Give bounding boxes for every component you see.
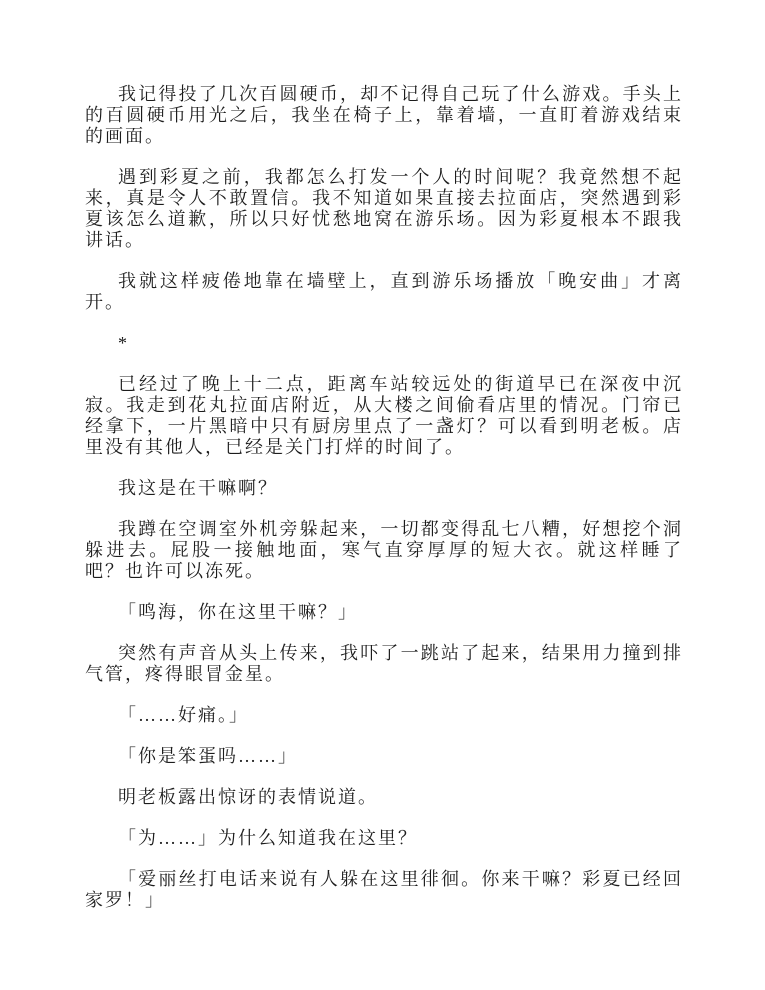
paragraph: 「……好痛。」 (85, 705, 683, 726)
paragraph: 明老板露出惊讶的表情说道。 (85, 787, 683, 808)
paragraph: 「鸣海，你在这里干嘛？」 (85, 602, 683, 623)
paragraph: 已经过了晚上十二点，距离车站较远处的街道早已在深夜中沉寂。我走到花丸拉面店附近，… (85, 374, 683, 458)
paragraph: 「你是笨蛋吗……」 (85, 746, 683, 767)
paragraph: 「爱丽丝打电话来说有人躲在这里徘徊。你来干嘛？彩夏已经回家罗！」 (85, 869, 683, 911)
paragraph: 我蹲在空调室外机旁躲起来，一切都变得乱七八糟，好想挖个洞躲进去。屁股一接触地面，… (85, 519, 683, 582)
paragraph: 我记得投了几次百圆硬币，却不记得自己玩了什么游戏。手头上的百圆硬币用光之后，我坐… (85, 84, 683, 147)
paragraph-list: 我记得投了几次百圆硬币，却不记得自己玩了什么游戏。手头上的百圆硬币用光之后，我坐… (85, 84, 683, 931)
paragraph: 「为……」为什么知道我在这里？ (85, 828, 683, 849)
paragraph: 突然有声音从头上传来，我吓了一跳站了起来，结果用力撞到排气管，疼得眼冒金星。 (85, 643, 683, 685)
paragraph: 遇到彩夏之前，我都怎么打发一个人的时间呢？我竟然想不起来，真是令人不敢置信。我不… (85, 167, 683, 251)
document-page: 我记得投了几次百圆硬币，却不记得自己玩了什么游戏。手头上的百圆硬币用光之后，我坐… (0, 0, 765, 990)
paragraph: 我这是在干嘛啊？ (85, 478, 683, 499)
paragraph: 我就这样疲倦地靠在墙壁上，直到游乐场播放「晚安曲」才离开。 (85, 271, 683, 313)
section-separator: * (85, 333, 683, 354)
